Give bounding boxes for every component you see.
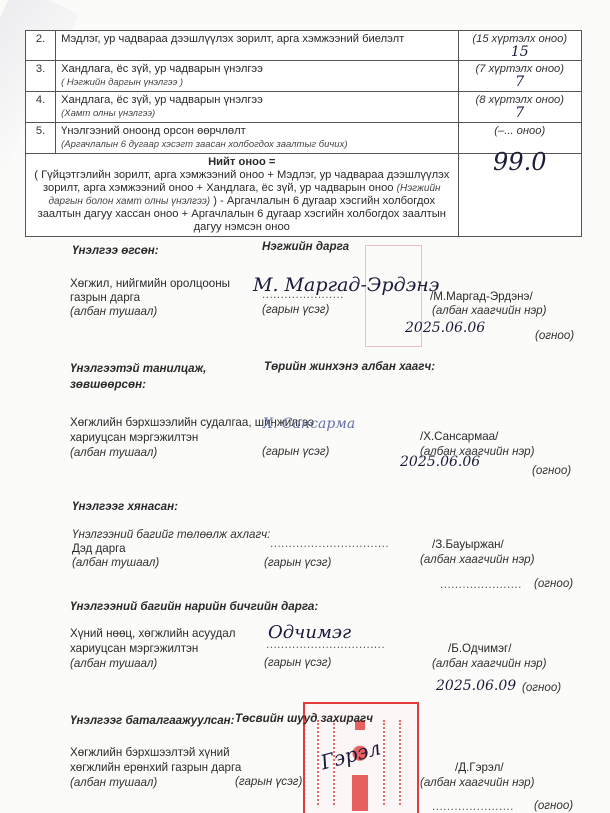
row-points: (15 хүртэлх оноо) 15	[458, 31, 581, 61]
signature-hint: (гарын үсэг)	[262, 303, 329, 317]
row-number: 3.	[26, 61, 56, 92]
total-score: 99.0	[493, 148, 546, 176]
table-row: 2. Мэдлэг, ур чадвараа дээшлүүлэх зорилт…	[26, 31, 582, 61]
name-hint: (албан хаагчийн нэр)	[420, 553, 534, 567]
sub-heading: Үнэлгээний багийг төлөөлж ахлагч:	[72, 528, 270, 542]
position-line: Хөгжлийн бэрхшээлтэй хүний	[70, 746, 230, 760]
section-role: Нэгжийн дарга	[262, 240, 349, 254]
employee-name: /М.Маргад-Эрдэнэ/	[430, 290, 533, 304]
signature-hint: (гарын үсэг)	[235, 775, 302, 789]
section-heading: Үнэлгээг баталгаажуулсан:	[70, 714, 235, 728]
section-heading: Үнэлгээг хянасан:	[72, 500, 178, 514]
signature-line: ................................	[266, 638, 385, 652]
date-hint: (огноо)	[534, 577, 573, 591]
table-row: 3. Хандлага, ёс зүй, ур чадварын үнэлгээ…	[26, 61, 582, 92]
seal-script	[399, 720, 411, 805]
date-hint: (огноо)	[534, 799, 573, 813]
total-formula-part1: ( Гүйцэтгэлийн зорилт, арга хэмжээний он…	[34, 169, 449, 194]
date-hint: (огноо)	[532, 464, 571, 478]
employee-name: /Б.Одчимэг/	[448, 642, 511, 656]
row-number: 5.	[26, 123, 56, 154]
section-heading: Үнэлгээний багийн нарийн бичгийн дарга:	[70, 600, 318, 614]
position-line: Дэд дарга	[72, 542, 126, 556]
row-points: (7 хүртэлх оноо) 7	[458, 61, 581, 92]
handwritten-date: 2025.06.06	[405, 320, 485, 336]
position-hint: (албан тушаал)	[70, 305, 157, 319]
signature-line: ......................	[262, 288, 344, 302]
row-title: Хандлага, ёс зүй, ур чадварын үнэлгээ	[61, 63, 452, 76]
signature-hint: (гарын үсэг)	[264, 556, 331, 570]
employee-name: /Д.Гэрэл/	[455, 761, 504, 775]
handwritten-date: 2025.06.09	[436, 678, 516, 694]
row-description: Хандлага, ёс зүй, ур чадварын үнэлгээ (Х…	[56, 92, 458, 123]
position-hint: (албан тушаал)	[70, 776, 157, 790]
row-description: Үнэлгээний оноонд орсон өөрчлөлт (Аргачл…	[56, 123, 458, 154]
position-line: хариуцсан мэргэжилтэн	[70, 642, 198, 656]
row-title: Үнэлгээний оноонд орсон өөрчлөлт	[61, 125, 452, 138]
row-points: (8 хүртэлх оноо) 7	[458, 92, 581, 123]
employee-name: /Х.Сансармаа/	[420, 430, 498, 444]
name-hint: (албан хаагчийн нэр)	[432, 657, 546, 671]
row-title: Мэдлэг, ур чадвараа дээшлүүлэх зорилт, а…	[61, 33, 452, 46]
max-points-label: (–... оноо)	[464, 125, 576, 138]
row-subtitle: ( Нэгжийн даргын үнэлгээ )	[61, 76, 452, 89]
section-heading: Үнэлгээ өгсөн:	[72, 244, 159, 258]
name-hint: (албан хаагчийн нэр)	[420, 776, 534, 790]
handwritten-signature: Х. Сансарма	[263, 416, 355, 432]
position-line: хариуцсан мэргэжилтэн	[70, 431, 198, 445]
row-subtitle: (Аргачлалын 6 дугаар хэсэгт заасан холбо…	[61, 138, 452, 151]
row-description: Хандлага, ёс зүй, ур чадварын үнэлгээ ( …	[56, 61, 458, 92]
row-number: 2.	[26, 31, 56, 61]
evaluation-form-page: 2. Мэдлэг, ур чадвараа дээшлүүлэх зорилт…	[0, 0, 610, 813]
signature-hint: (гарын үсэг)	[264, 656, 331, 670]
date-line: ......................	[440, 578, 522, 592]
position-hint: (албан тушаал)	[70, 446, 157, 460]
section-role: Төсвийн шууд захирагч	[235, 712, 373, 726]
total-row: Нийт оноо = ( Гүйцэтгэлийн зорилт, арга …	[26, 154, 582, 237]
handwritten-score: 15	[464, 46, 576, 58]
position-line: Хөгжил, нийгмийн оролцооны	[70, 277, 230, 291]
section-heading: зөвшөөрсөн:	[70, 378, 146, 392]
name-hint: (албан хаагчийн нэр)	[432, 304, 546, 318]
signature-line: ................................	[270, 537, 389, 551]
handwritten-score: 7	[464, 107, 576, 119]
row-title: Хандлага, ёс зүй, ур чадварын үнэлгээ	[61, 94, 452, 107]
position-line: газрын дарга	[70, 291, 140, 305]
handwritten-score: 7	[464, 76, 576, 88]
handwritten-date: 2025.06.06	[400, 454, 480, 470]
section-role: Төрийн жинхэнэ албан хаагч:	[264, 360, 435, 374]
total-value-cell: 99.0	[458, 154, 581, 237]
table-row: 4. Хандлага, ёс зүй, ур чадварын үнэлгээ…	[26, 92, 582, 123]
seal-script	[383, 720, 395, 805]
date-hint: (огноо)	[522, 681, 561, 695]
row-subtitle: (Хамт олны үнэлгээ)	[61, 107, 452, 120]
position-hint: (албан тушаал)	[72, 556, 159, 570]
score-table: 2. Мэдлэг, ур чадвараа дээшлүүлэх зорилт…	[25, 30, 582, 237]
row-description: Мэдлэг, ур чадвараа дээшлүүлэх зорилт, а…	[56, 31, 458, 61]
date-hint: (огноо)	[535, 329, 574, 343]
section-heading: Үнэлгээтэй танилцаж,	[70, 362, 206, 376]
total-title: Нийт оноо =	[31, 156, 453, 169]
row-number: 4.	[26, 92, 56, 123]
employee-name: /З.Бауыржан/	[432, 538, 504, 552]
total-description: Нийт оноо = ( Гүйцэтгэлийн зорилт, арга …	[26, 154, 459, 237]
position-hint: (албан тушаал)	[70, 657, 157, 671]
date-line: ......................	[432, 800, 514, 813]
position-line: Хүний нөөц, хөгжлийн асуудал	[70, 627, 236, 641]
signature-hint: (гарын үсэг)	[262, 445, 329, 459]
position-line: хөгжлийн ерөнхий газрын дарга	[70, 761, 241, 775]
